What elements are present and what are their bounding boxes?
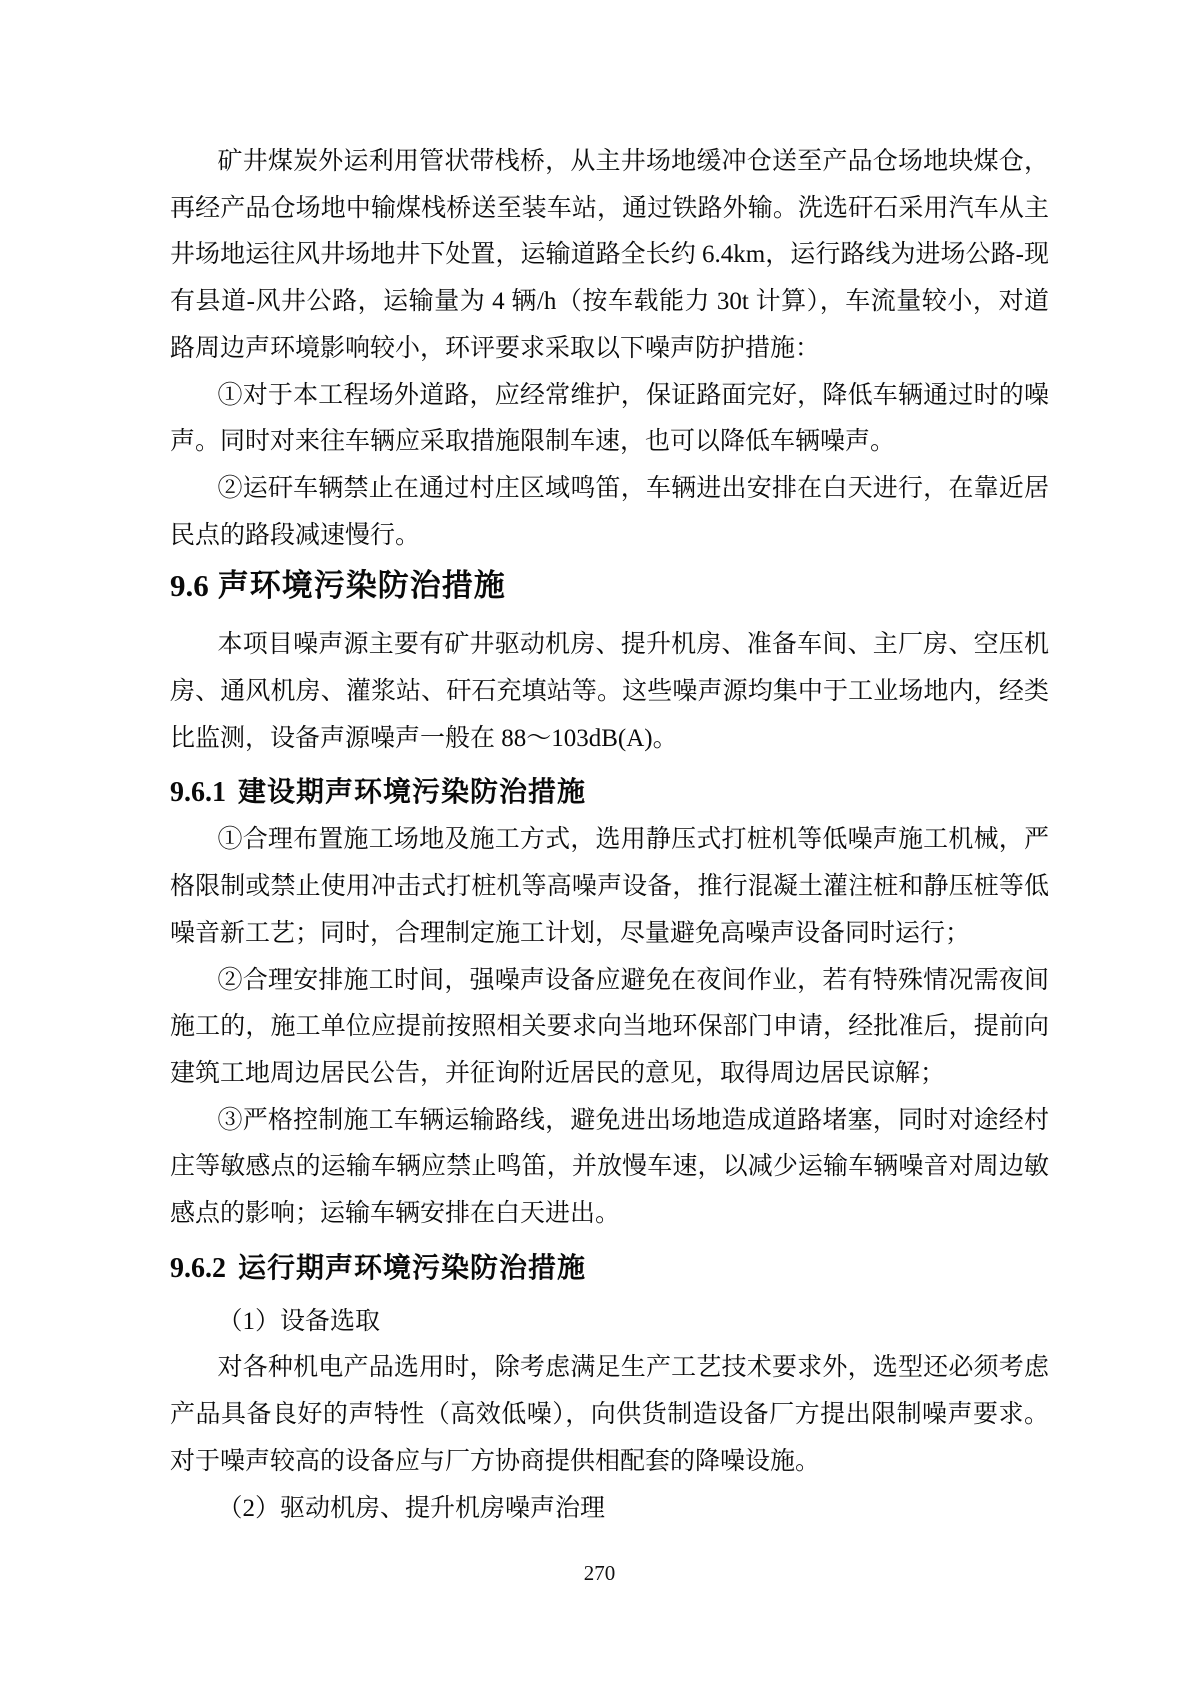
heading-section-9-6-number: 9.6 <box>170 568 209 603</box>
paragraph-construction-measure-2: ②合理安排施工时间，强噪声设备应避免在夜间作业，若有特殊情况需夜间施工的，施工单… <box>170 958 1049 1098</box>
heading-section-9-6-2-number: 9.6.2 <box>170 1253 226 1284</box>
document-page: 矿井煤炭外运利用管状带栈桥，从主井场地缓冲仓送至产品仓场地块煤仓，再经产品仓场地… <box>0 0 1199 1696</box>
heading-section-9-6-1-title: 建设期声环境污染防治措施 <box>238 776 586 807</box>
paragraph-equipment-selection-title: （1）设备选取 <box>170 1299 1049 1346</box>
paragraph-drive-room-noise-title: （2）驱动机房、提升机房噪声治理 <box>170 1486 1049 1533</box>
paragraph-road-measure-1: ①对于本工程场外道路，应经常维护，保证路面完好，降低车辆通过时的噪声。同时对来往… <box>170 373 1049 466</box>
heading-section-9-6-title: 声环境污染防治措施 <box>218 568 506 603</box>
heading-section-9-6-1: 9.6.1建设期声环境污染防治措施 <box>170 768 1049 817</box>
paragraph-construction-measure-3: ③严格控制施工车辆运输路线，避免进出场地造成道路堵塞，同时对途经村庄等敏感点的运… <box>170 1098 1049 1238</box>
paragraph-noise-source-overview: 本项目噪声源主要有矿井驱动机房、提升机房、准备车间、主厂房、空压机房、通风机房、… <box>170 622 1049 762</box>
paragraph-equipment-selection-body: 对各种机电产品选用时，除考虑满足生产工艺技术要求外，选型还必须考虑产品具备良好的… <box>170 1345 1049 1485</box>
heading-section-9-6-2: 9.6.2运行期声环境污染防治措施 <box>170 1244 1049 1293</box>
heading-section-9-6-2-title: 运行期声环境污染防治措施 <box>238 1252 586 1283</box>
heading-section-9-6: 9.6声环境污染防治措施 <box>170 561 1049 611</box>
paragraph-coal-transport: 矿井煤炭外运利用管状带栈桥，从主井场地缓冲仓送至产品仓场地块煤仓，再经产品仓场地… <box>170 139 1049 373</box>
heading-section-9-6-1-number: 9.6.1 <box>170 777 226 808</box>
paragraph-road-measure-2: ②运矸车辆禁止在通过村庄区域鸣笛，车辆进出安排在白天进行，在靠近居民点的路段减速… <box>170 466 1049 559</box>
paragraph-construction-measure-1: ①合理布置施工场地及施工方式，选用静压式打桩机等低噪声施工机械，严格限制或禁止使… <box>170 817 1049 957</box>
page-content: 矿井煤炭外运利用管状带栈桥，从主井场地缓冲仓送至产品仓场地块煤仓，再经产品仓场地… <box>170 139 1049 1532</box>
footer-page-number: 270 <box>0 1560 1199 1586</box>
